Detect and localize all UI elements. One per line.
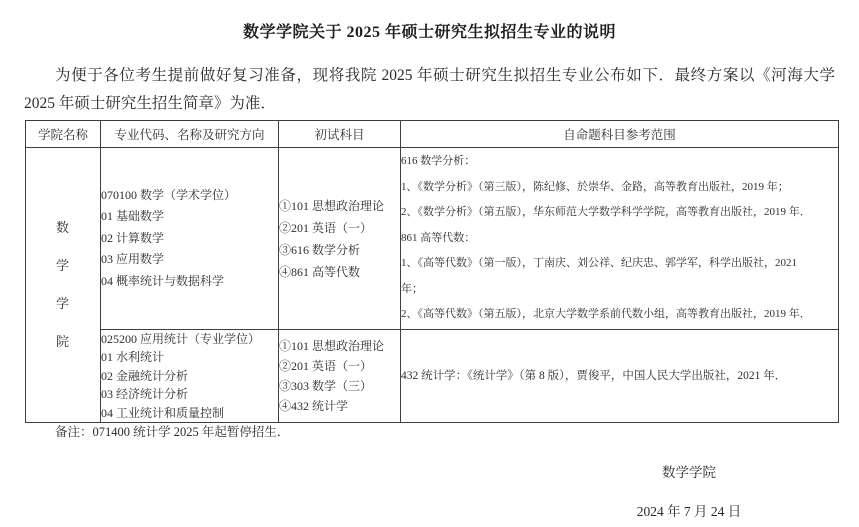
intro-paragraph: 为便于各位考生提前做好复习准备，现将我院 2025 年硕士研究生拟招生专业公布如…: [24, 62, 835, 118]
table-row-applied-statistics: 025200 应用统计（专业学位） 01 水利统计 02 金融统计分析 03 经…: [26, 330, 839, 423]
signature-date: 2024 年 7 月 24 日: [559, 500, 819, 520]
col-header-reference-scope: 自命题科目参考范围: [401, 121, 839, 148]
admissions-table: 学院名称 专业代码、名称及研究方向 初试科目 自命题科目参考范围 数 学 学 院…: [25, 120, 839, 423]
table-row-math-academic: 数 学 学 院 070100 数学（学术学位） 01 基础数学 02 计算数学 …: [26, 148, 839, 330]
document-page: 数学学院关于 2025 年硕士研究生拟招生专业的说明 为便于各位考生提前做好复习…: [0, 0, 859, 527]
col-header-college-name: 学院名称: [26, 121, 101, 148]
signature-college: 数学学院: [559, 461, 819, 481]
references-cell-070100: 616 数学分析： 1、《数学分析》（第三版），陈纪修、於崇华、金路，高等教育出…: [401, 148, 839, 330]
program-cell-070100: 070100 数学（学术学位） 01 基础数学 02 计算数学 03 应用数学 …: [101, 148, 279, 330]
program-cell-025200: 025200 应用统计（专业学位） 01 水利统计 02 金融统计分析 03 经…: [101, 330, 279, 423]
references-cell-025200: 432 统计学：《统计学》（第 8 版），贾俊平，中国人民大学出版社，2021 …: [401, 330, 839, 423]
page-title: 数学学院关于 2025 年硕士研究生拟招生专业的说明: [0, 0, 859, 42]
college-name-cell: 数 学 学 院: [26, 148, 101, 423]
exams-cell-070100: ①101 思想政治理论 ②201 英语（一） ③616 数学分析 ④861 高等…: [279, 148, 401, 330]
exams-cell-025200: ①101 思想政治理论 ②201 英语（一） ③303 数学（三） ④432 统…: [279, 330, 401, 423]
col-header-program-code: 专业代码、名称及研究方向: [101, 121, 279, 148]
footnote: 备注：071400 统计学 2025 年起暂停招生．: [55, 422, 289, 440]
table-header-row: 学院名称 专业代码、名称及研究方向 初试科目 自命题科目参考范围: [26, 121, 839, 148]
col-header-initial-exams: 初试科目: [279, 121, 401, 148]
signature-block: 数学学院 2024 年 7 月 24 日: [559, 461, 819, 520]
